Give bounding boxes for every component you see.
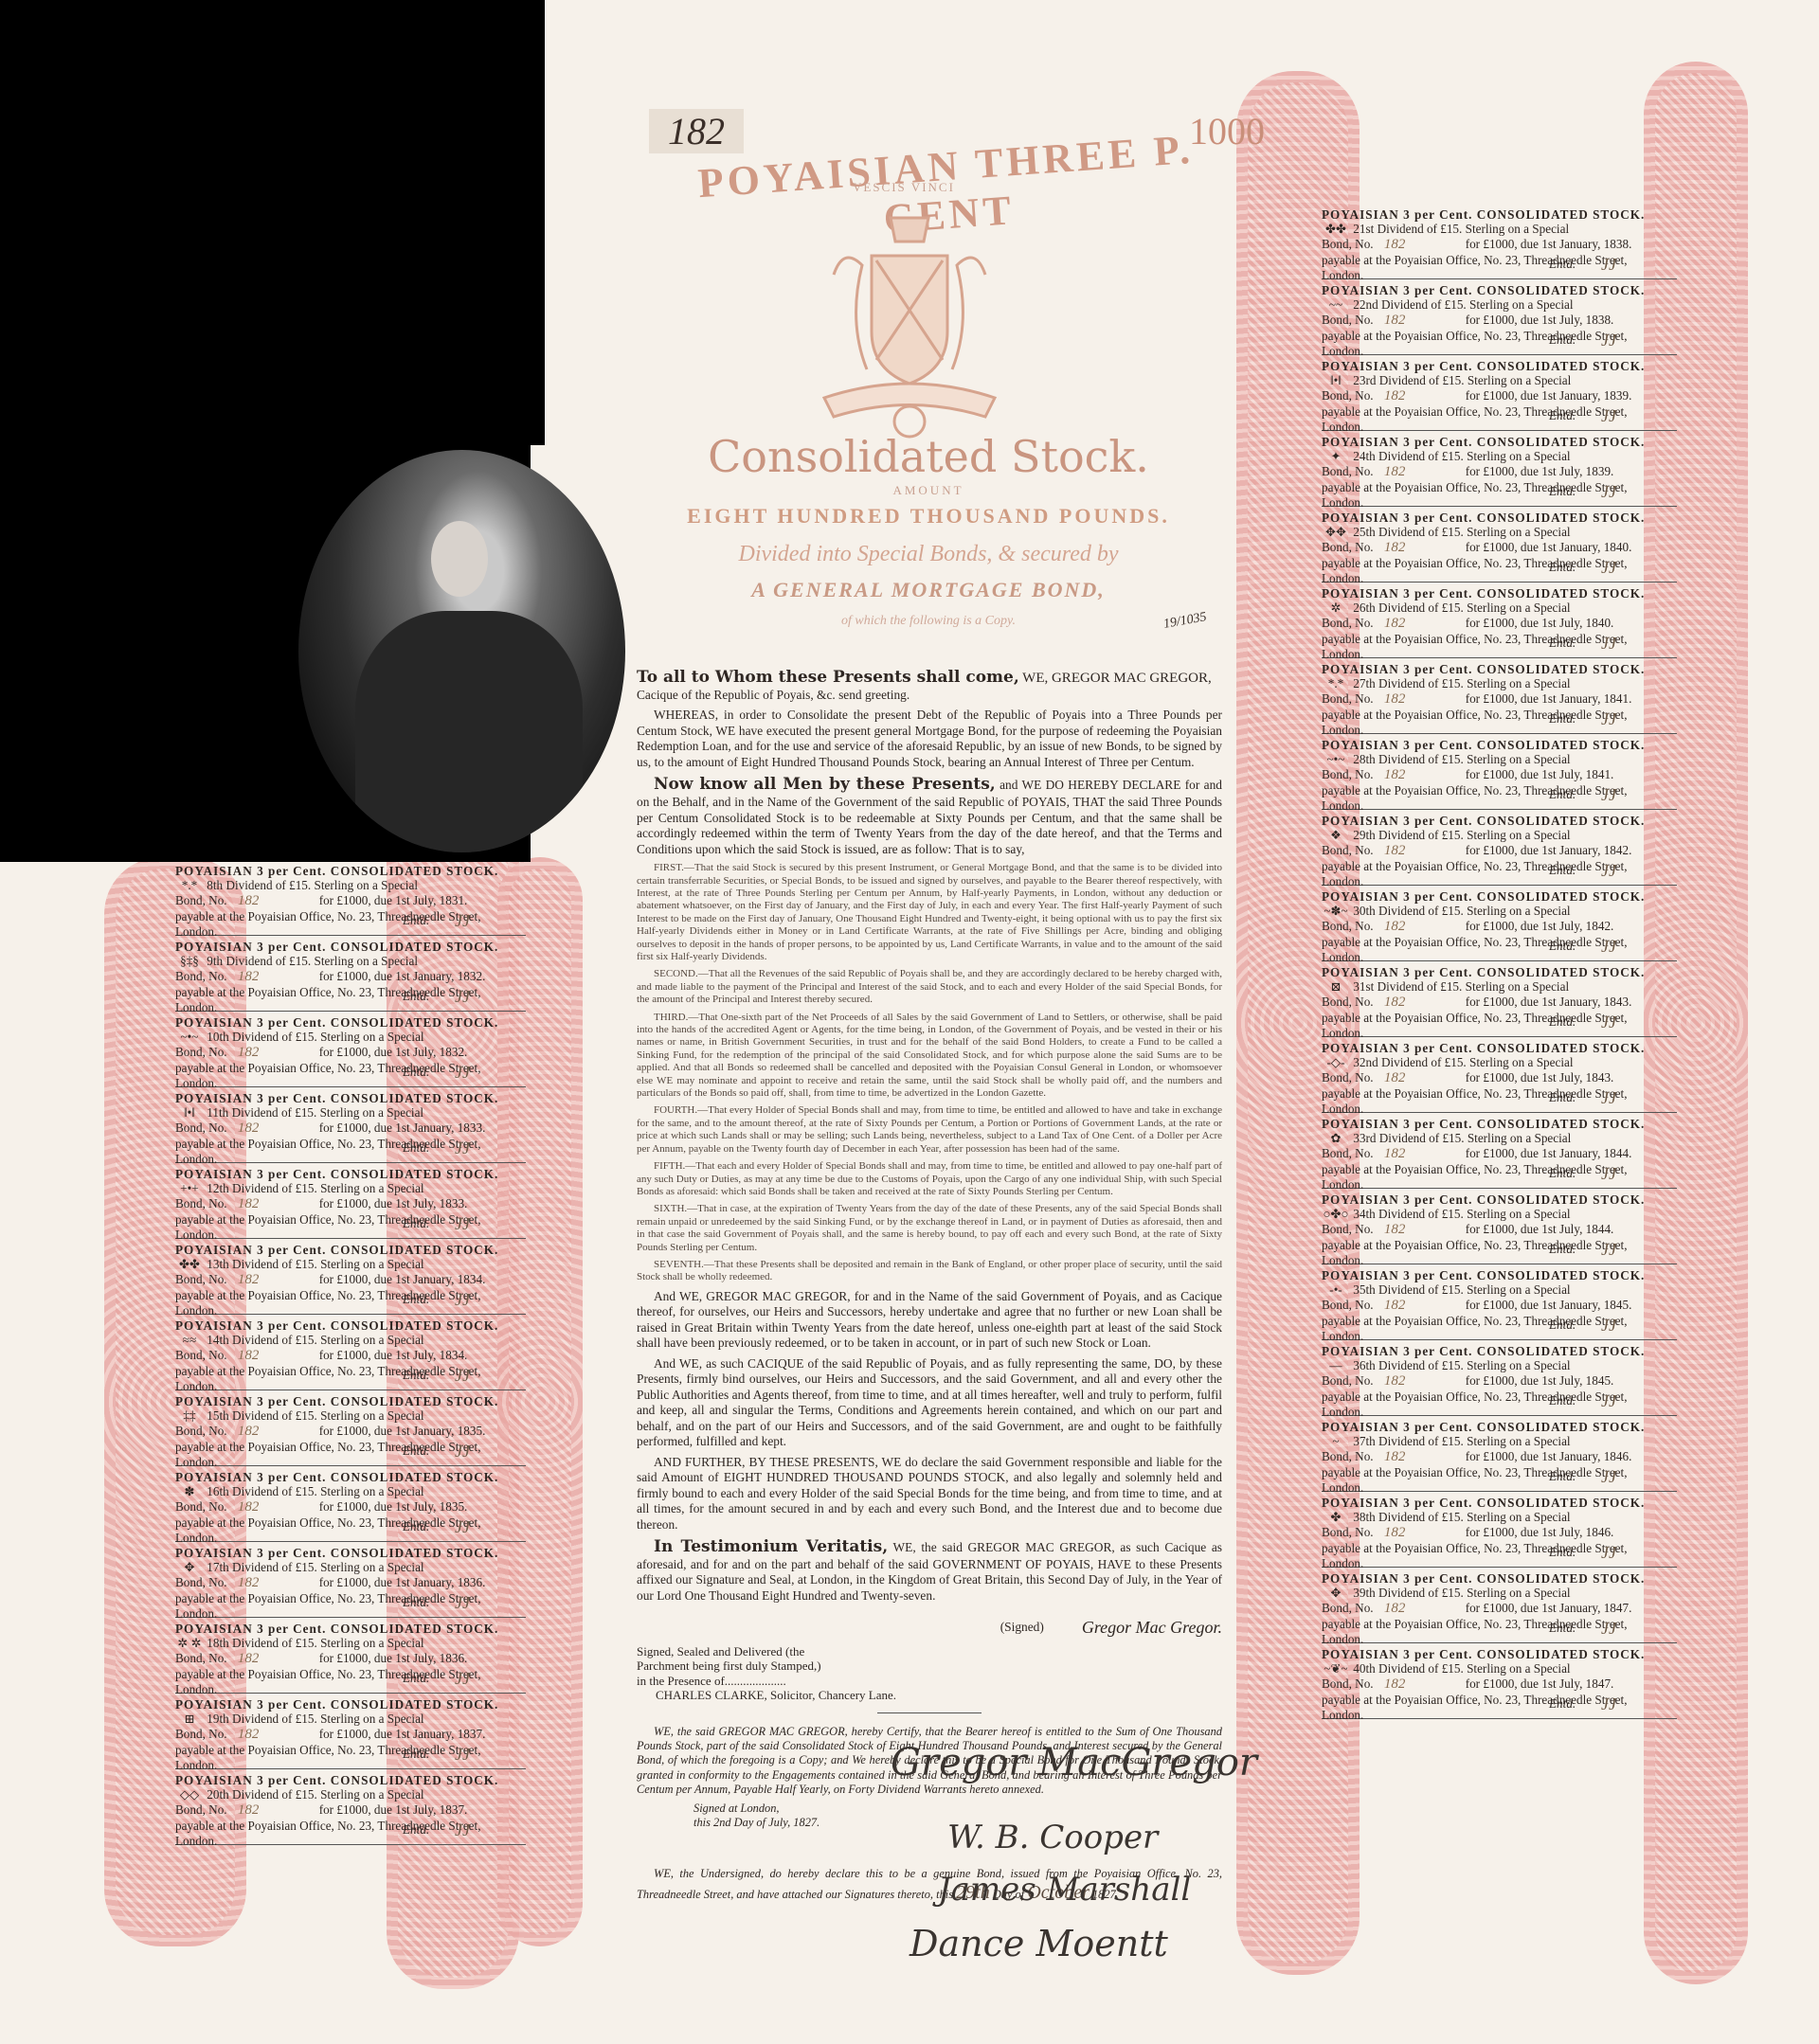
coupon-payable: payable at the Poyaisian Office, No. 23,… bbox=[1322, 1314, 1677, 1328]
coupon-payable: payable at the Poyaisian Office, No. 23,… bbox=[1322, 480, 1677, 494]
ornament-icon: ~•~ bbox=[1322, 752, 1350, 766]
coat-of-arms-icon bbox=[815, 199, 1004, 445]
coupon-amount: Dividend of £15. Sterling on a Special bbox=[1378, 979, 1570, 994]
coupon-for-text: for £1000, due bbox=[319, 1045, 392, 1059]
coupon-bond-number: 182 bbox=[238, 1424, 260, 1439]
coupon-header: POYAISIAN 3 per Cent. CONSOLIDATED STOCK… bbox=[1322, 207, 1677, 222]
coupon-line-2: Bond, No. 182 for £1000, due 1st January… bbox=[175, 969, 526, 986]
coupon-payable: payable at the Poyaisian Office, No. 23,… bbox=[175, 985, 526, 999]
coupon-entd: Entd. bbox=[1549, 636, 1576, 650]
coupon-bond-label: Bond, No. bbox=[1322, 388, 1374, 403]
coupon-due-date: 1st July, 1837. bbox=[395, 1802, 467, 1817]
coupon-bond-label: Bond, No. bbox=[1322, 237, 1374, 251]
coupon-for-text: for £1000, due bbox=[319, 1575, 392, 1589]
coupon-column-right: POYAISIAN 3 per Cent. CONSOLIDATED STOCK… bbox=[1322, 204, 1677, 1719]
coupon-payable: payable at the Poyaisian Office, No. 23,… bbox=[1322, 1541, 1677, 1555]
coupon-payable: payable at the Poyaisian Office, No. 23,… bbox=[1322, 1086, 1677, 1101]
coupon-bond-label: Bond, No. bbox=[175, 1424, 227, 1438]
coupon-bond-label: Bond, No. bbox=[175, 1802, 227, 1817]
coupon-line-2: Bond, No. 182 for £1000, due 1st January… bbox=[175, 1575, 526, 1592]
coupon-due-date: 1st July, 1835. bbox=[395, 1499, 467, 1514]
coupon-bond-label: Bond, No. bbox=[175, 969, 227, 983]
coupon-amount: Dividend of £15. Sterling on a Special bbox=[1378, 1510, 1571, 1524]
coupon-amount: Dividend of £15. Sterling on a Special bbox=[1378, 449, 1571, 463]
dividend-coupon: POYAISIAN 3 per Cent. CONSOLIDATED STOCK… bbox=[1322, 961, 1677, 1037]
coupon-bond-number: 182 bbox=[1384, 995, 1406, 1010]
ornament-icon: ≈≈ bbox=[175, 1333, 204, 1347]
portrait-gregor-macgregor bbox=[298, 450, 625, 852]
coupon-bond-label: Bond, No. bbox=[175, 893, 227, 907]
coupon-initials: JJ bbox=[455, 1669, 470, 1689]
coupon-payable: payable at the Poyaisian Office, No. 23,… bbox=[1322, 556, 1677, 570]
coupon-bond-number: 182 bbox=[238, 1348, 260, 1363]
coupon-due-date: 1st January, 1847. bbox=[1541, 1601, 1631, 1615]
coupon-initials: JJ bbox=[455, 1214, 470, 1234]
coupon-amount: Dividend of £15. Sterling on a Special bbox=[1378, 904, 1571, 918]
coupon-bond-number: 182 bbox=[1384, 767, 1406, 782]
coupon-ordinal: 9th bbox=[207, 954, 223, 968]
coupon-for-text: for £1000, due bbox=[1466, 1146, 1539, 1160]
coupon-amount: Dividend of £15. Sterling on a Special bbox=[232, 1787, 424, 1802]
coupon-line-1: ~•~ 10th Dividend of £15. Sterling on a … bbox=[175, 1030, 526, 1044]
clause-fifth: FIFTH.—That each and every Holder of Spe… bbox=[637, 1160, 1222, 1198]
coupon-for-text: for £1000, due bbox=[1466, 1676, 1539, 1691]
coupon-ordinal: 23rd bbox=[1353, 373, 1376, 387]
coupon-initials: JJ bbox=[1601, 558, 1616, 578]
coupon-entd: Entd. bbox=[1549, 257, 1576, 271]
coupon-amount: Dividend of £15. Sterling on a Special bbox=[232, 1636, 424, 1650]
coupon-header: POYAISIAN 3 per Cent. CONSOLIDATED STOCK… bbox=[1322, 1117, 1677, 1131]
coupon-bond-label: Bond, No. bbox=[1322, 1070, 1374, 1085]
coupon-ordinal: 29th bbox=[1353, 828, 1375, 842]
coupon-initials: JJ bbox=[1601, 1240, 1616, 1260]
coupon-line-2: Bond, No. 182 for £1000, due 1st January… bbox=[175, 1727, 526, 1744]
dividend-coupon: POYAISIAN 3 per Cent. CONSOLIDATED STOCK… bbox=[1322, 1568, 1677, 1643]
coupon-amount: Dividend of £15. Sterling on a Special bbox=[232, 1257, 424, 1271]
coupon-bond-number: 182 bbox=[1384, 919, 1406, 934]
dividend-coupon: POYAISIAN 3 per Cent. CONSOLIDATED STOCK… bbox=[1322, 1492, 1677, 1568]
bond-body: To all to Whom these Presents shall come… bbox=[637, 668, 1222, 1909]
coupon-column-left: POYAISIAN 3 per Cent. CONSOLIDATED STOCK… bbox=[175, 860, 526, 1845]
ornament-icon: -◇- bbox=[1322, 1055, 1350, 1069]
coupon-line-1: ~~ 22nd Dividend of £15. Sterling on a S… bbox=[1322, 297, 1677, 312]
coupon-ordinal: 8th bbox=[207, 878, 223, 892]
coupon-entd: Entd. bbox=[1549, 560, 1576, 574]
coupon-bond-label: Bond, No. bbox=[175, 1121, 227, 1135]
now-know-blackletter: Now know all Men by these Presents, bbox=[654, 775, 996, 794]
coupon-ordinal: 24th bbox=[1353, 449, 1375, 463]
ornament-icon: ✤✤ bbox=[175, 1257, 204, 1271]
coupon-initials: JJ bbox=[455, 1593, 470, 1613]
coupon-bond-label: Bond, No. bbox=[1322, 1601, 1374, 1615]
coupon-line-2: Bond, No. 182 for £1000, due 1st July, 1… bbox=[175, 1196, 526, 1213]
coupon-line-1: ≈≈ 14th Dividend of £15. Sterling on a S… bbox=[175, 1333, 526, 1347]
coupon-ordinal: 40th bbox=[1353, 1661, 1375, 1676]
coupon-bond-label: Bond, No. bbox=[1322, 1298, 1374, 1312]
coupon-header: POYAISIAN 3 per Cent. CONSOLIDATED STOCK… bbox=[1322, 814, 1677, 828]
coupon-line-1: *.* 27th Dividend of £15. Sterling on a … bbox=[1322, 676, 1677, 690]
coupon-initials: JJ bbox=[455, 1063, 470, 1083]
ornament-icon: ⊠ bbox=[1322, 979, 1350, 994]
coupon-line-1: ‡‡ 15th Dividend of £15. Sterling on a S… bbox=[175, 1408, 526, 1423]
coupon-header: POYAISIAN 3 per Cent. CONSOLIDATED STOCK… bbox=[175, 864, 526, 878]
witness-line: in the Presence of.................... bbox=[637, 1674, 1222, 1689]
coupon-line-2: Bond, No. 182 for £1000, due 1st January… bbox=[1322, 1601, 1677, 1618]
dividend-coupon: POYAISIAN 3 per Cent. CONSOLIDATED STOCK… bbox=[1322, 583, 1677, 658]
coupon-bond-number: 182 bbox=[1384, 843, 1406, 858]
coupon-bond-number: 182 bbox=[238, 1651, 260, 1666]
coupon-initials: JJ bbox=[1601, 785, 1616, 805]
dividend-coupon: POYAISIAN 3 per Cent. CONSOLIDATED STOCK… bbox=[1322, 1340, 1677, 1416]
coupon-for-text: for £1000, due bbox=[1466, 540, 1539, 554]
coupon-line-2: Bond, No. 182 for £1000, due 1st July, 1… bbox=[175, 1651, 526, 1668]
coupon-bond-number: 182 bbox=[238, 1196, 260, 1211]
coupon-for-text: for £1000, due bbox=[1466, 1070, 1539, 1085]
coupon-due-date: 1st July, 1840. bbox=[1541, 616, 1613, 630]
divider bbox=[877, 1712, 982, 1713]
coupon-amount: Dividend of £15. Sterling on a Special bbox=[232, 1408, 424, 1423]
copy-line: of which the following is a Copy. bbox=[606, 614, 1251, 629]
coupon-payable: payable at the Poyaisian Office, No. 23,… bbox=[1322, 1617, 1677, 1631]
coupon-due-date: 1st January, 1835. bbox=[395, 1424, 485, 1438]
salutation-line2: Cacique of the Republic of Poyais, &c. s… bbox=[637, 688, 909, 702]
coupon-ordinal: 14th bbox=[207, 1333, 228, 1347]
and-further-paragraph: AND FURTHER, BY THESE PRESENTS, WE do de… bbox=[637, 1455, 1222, 1533]
coupon-for-text: for £1000, due bbox=[319, 1802, 392, 1817]
dividend-coupon: POYAISIAN 3 per Cent. CONSOLIDATED STOCK… bbox=[1322, 658, 1677, 734]
coupon-amount: Dividend of £15. Sterling on a Special bbox=[232, 1484, 424, 1498]
coupon-entd: Entd. bbox=[1549, 1318, 1576, 1332]
dividend-coupon: POYAISIAN 3 per Cent. CONSOLIDATED STOCK… bbox=[1322, 507, 1677, 583]
ornament-icon: ⊞ bbox=[175, 1712, 204, 1726]
coupon-bond-label: Bond, No. bbox=[1322, 616, 1374, 630]
dividend-coupon: POYAISIAN 3 per Cent. CONSOLIDATED STOCK… bbox=[175, 1012, 526, 1087]
consolidated-stock-heading: Consolidated Stock. bbox=[606, 431, 1251, 482]
amount-text: EIGHT HUNDRED THOUSAND POUNDS. bbox=[606, 504, 1251, 529]
coupon-bond-number: 182 bbox=[238, 893, 260, 908]
ornament-icon: *.* bbox=[1322, 676, 1350, 690]
coupon-bond-label: Bond, No. bbox=[175, 1196, 227, 1210]
coupon-line-2: Bond, No. 182 for £1000, due 1st January… bbox=[1322, 1298, 1677, 1315]
coupon-line-2: Bond, No. 182 for £1000, due 1st July, 1… bbox=[1322, 919, 1677, 936]
coupon-ordinal: 25th bbox=[1353, 525, 1375, 539]
ornament-icon: ✲ bbox=[1322, 601, 1350, 615]
coupon-bond-number: 182 bbox=[1384, 388, 1406, 403]
coupon-bond-label: Bond, No. bbox=[1322, 995, 1374, 1009]
coupon-entd: Entd. bbox=[1549, 408, 1576, 422]
dividend-coupon: POYAISIAN 3 per Cent. CONSOLIDATED STOCK… bbox=[175, 1087, 526, 1163]
coupon-initials: JJ bbox=[1601, 255, 1616, 275]
coupon-for-text: for £1000, due bbox=[319, 1424, 392, 1438]
coupon-line-2: Bond, No. 182 for £1000, due 1st January… bbox=[175, 1272, 526, 1289]
coupon-line-2: Bond, No. 182 for £1000, due 1st July, 1… bbox=[1322, 464, 1677, 481]
coupon-bond-label: Bond, No. bbox=[1322, 313, 1374, 327]
coupon-bond-label: Bond, No. bbox=[175, 1727, 227, 1741]
coupon-ordinal: 15th bbox=[207, 1408, 228, 1423]
coupon-due-date: 1st July, 1832. bbox=[395, 1045, 467, 1059]
coupon-bond-number: 182 bbox=[238, 1575, 260, 1590]
coupon-payable: payable at the Poyaisian Office, No. 23,… bbox=[175, 1137, 526, 1151]
coupon-due-date: 1st January, 1837. bbox=[395, 1727, 485, 1741]
dividend-coupon: POYAISIAN 3 per Cent. CONSOLIDATED STOCK… bbox=[175, 860, 526, 936]
coupon-line-2: Bond, No. 182 for £1000, due 1st January… bbox=[175, 1121, 526, 1138]
ornament-icon: ✥ bbox=[175, 1560, 204, 1574]
coupon-payable: payable at the Poyaisian Office, No. 23,… bbox=[175, 1288, 526, 1302]
coupon-payable: payable at the Poyaisian Office, No. 23,… bbox=[1322, 783, 1677, 798]
coupon-initials: JJ bbox=[1601, 1694, 1616, 1714]
coupon-bond-number: 182 bbox=[1384, 1373, 1406, 1389]
coupon-line-2: Bond, No. 182 for £1000, due 1st July, 1… bbox=[175, 893, 526, 910]
coupon-bond-number: 182 bbox=[1384, 313, 1406, 328]
coupon-initials: JJ bbox=[1601, 482, 1616, 502]
dividend-coupon: POYAISIAN 3 per Cent. CONSOLIDATED STOCK… bbox=[175, 1618, 526, 1694]
dividend-coupon: POYAISIAN 3 per Cent. CONSOLIDATED STOCK… bbox=[1322, 279, 1677, 355]
witness-line: Signed, Sealed and Delivered (the bbox=[637, 1644, 1222, 1659]
coupon-bond-label: Bond, No. bbox=[175, 1575, 227, 1589]
coupon-for-text: for £1000, due bbox=[1466, 388, 1539, 403]
coupon-due-date: 1st January, 1846. bbox=[1541, 1449, 1631, 1463]
coupon-line-1: — 36th Dividend of £15. Sterling on a Sp… bbox=[1322, 1358, 1677, 1372]
dividend-coupon: POYAISIAN 3 per Cent. CONSOLIDATED STOCK… bbox=[1322, 886, 1677, 961]
coupon-bond-number: 182 bbox=[1384, 1449, 1406, 1464]
coupon-due-date: 1st January, 1834. bbox=[395, 1272, 485, 1286]
coupon-bond-number: 182 bbox=[238, 1802, 260, 1818]
coupon-payable: payable at the Poyaisian Office, No. 23,… bbox=[1322, 708, 1677, 722]
coupon-entd: Entd. bbox=[1549, 787, 1576, 801]
coupon-initials: JJ bbox=[1601, 861, 1616, 881]
coupon-for-text: for £1000, due bbox=[1466, 1601, 1539, 1615]
coupon-line-1: ❖ 29th Dividend of £15. Sterling on a Sp… bbox=[1322, 828, 1677, 842]
coupon-payable: payable at the Poyaisian Office, No. 23,… bbox=[1322, 1011, 1677, 1025]
coupon-ordinal: 36th bbox=[1353, 1358, 1375, 1372]
coupon-bond-label: Bond, No. bbox=[175, 1499, 227, 1514]
coupon-ordinal: 20th bbox=[207, 1787, 228, 1802]
signature-cooper: W. B. Cooper bbox=[947, 1819, 1158, 1856]
coupon-header: POYAISIAN 3 per Cent. CONSOLIDATED STOCK… bbox=[175, 1243, 526, 1257]
coupon-amount: Dividend of £15. Sterling on a Special bbox=[232, 1560, 424, 1574]
coupon-line-1: ✦ 24th Dividend of £15. Sterling on a Sp… bbox=[1322, 449, 1677, 463]
coupon-for-text: for £1000, due bbox=[1466, 995, 1539, 1009]
coupon-amount: Dividend of £15. Sterling on a Special bbox=[1378, 1661, 1571, 1676]
coupon-bond-number: 182 bbox=[1384, 1525, 1406, 1540]
coupon-bond-number: 182 bbox=[238, 1727, 260, 1742]
coupon-line-1: ‖•‖ 23rd Dividend of £15. Sterling on a … bbox=[1322, 373, 1677, 387]
coupon-initials: JJ bbox=[455, 1139, 470, 1158]
coupon-for-text: for £1000, due bbox=[319, 1272, 392, 1286]
coupon-header: POYAISIAN 3 per Cent. CONSOLIDATED STOCK… bbox=[1322, 359, 1677, 373]
coupon-payable: payable at the Poyaisian Office, No. 23,… bbox=[175, 1364, 526, 1378]
coupon-amount: Dividend of £15. Sterling on a Special bbox=[232, 1181, 424, 1195]
coupon-line-2: Bond, No. 182 for £1000, due 1st July, 1… bbox=[1322, 1070, 1677, 1087]
dividend-coupon: POYAISIAN 3 per Cent. CONSOLIDATED STOCK… bbox=[1322, 734, 1677, 810]
coupon-line-1: ~✽~ 30th Dividend of £15. Sterling on a … bbox=[1322, 904, 1677, 918]
coupon-bond-number: 182 bbox=[1384, 1601, 1406, 1616]
ornament-icon: ‖•‖ bbox=[175, 1105, 204, 1120]
coupon-bond-number: 182 bbox=[238, 1121, 260, 1136]
coupon-amount: Dividend of £15. Sterling on a Special bbox=[232, 1030, 424, 1044]
coupon-due-date: 1st January, 1839. bbox=[1541, 388, 1631, 403]
ornament-icon: ✦ bbox=[1322, 449, 1350, 463]
coupon-line-1: ✥ 17th Dividend of £15. Sterling on a Sp… bbox=[175, 1560, 526, 1574]
coupon-header: POYAISIAN 3 per Cent. CONSOLIDATED STOCK… bbox=[175, 1773, 526, 1787]
coupon-bond-label: Bond, No. bbox=[175, 1045, 227, 1059]
coupon-bond-label: Bond, No. bbox=[1322, 919, 1374, 933]
coupon-line-1: ○✤○ 34th Dividend of £15. Sterling on a … bbox=[1322, 1207, 1677, 1221]
coupon-ordinal: 11th bbox=[207, 1105, 228, 1120]
coupon-payable: payable at the Poyaisian Office, No. 23,… bbox=[1322, 632, 1677, 646]
dividend-coupon: POYAISIAN 3 per Cent. CONSOLIDATED STOCK… bbox=[1322, 355, 1677, 431]
coupon-line-1: ◇◇ 20th Dividend of £15. Sterling on a S… bbox=[175, 1787, 526, 1802]
dividend-coupon: POYAISIAN 3 per Cent. CONSOLIDATED STOCK… bbox=[175, 1315, 526, 1390]
coupon-bond-number: 182 bbox=[1384, 1146, 1406, 1161]
portrait-coat bbox=[355, 611, 583, 852]
coupon-entd: Entd. bbox=[403, 1671, 429, 1685]
coupon-line-2: Bond, No. 182 for £1000, due 1st July, 1… bbox=[1322, 1222, 1677, 1239]
coupon-line-1: ~•~ 28th Dividend of £15. Sterling on a … bbox=[1322, 752, 1677, 766]
coupon-ordinal: 13th bbox=[207, 1257, 228, 1271]
coupon-line-2: Bond, No. 182 for £1000, due 1st January… bbox=[175, 1424, 526, 1441]
coupon-bond-label: Bond, No. bbox=[1322, 1676, 1374, 1691]
coupon-header: POYAISIAN 3 per Cent. CONSOLIDATED STOCK… bbox=[1322, 662, 1677, 676]
coupon-line-1: ✤✤ 21st Dividend of £15. Sterling on a S… bbox=[1322, 222, 1677, 236]
ornament-icon: ~ bbox=[1322, 1434, 1350, 1448]
coupon-line-2: Bond, No. 182 for £1000, due 1st January… bbox=[1322, 540, 1677, 557]
coupon-amount: Dividend of £15. Sterling on a Special bbox=[225, 878, 418, 892]
clause-fourth: FOURTH.—That every Holder of Special Bon… bbox=[637, 1104, 1222, 1156]
coupon-due-date: 1st January, 1836. bbox=[395, 1575, 485, 1589]
coupon-due-date: 1st January, 1832. bbox=[395, 969, 485, 983]
signed-label: (Signed) bbox=[1000, 1620, 1044, 1635]
coupon-bond-number: 182 bbox=[1384, 691, 1406, 707]
coupon-entd: Entd. bbox=[403, 1368, 429, 1382]
coupon-due-date: 1st July, 1836. bbox=[395, 1651, 467, 1665]
coupon-bond-label: Bond, No. bbox=[1322, 767, 1374, 781]
dividend-coupon: POYAISIAN 3 per Cent. CONSOLIDATED STOCK… bbox=[175, 1542, 526, 1618]
coupon-for-text: for £1000, due bbox=[1466, 1373, 1539, 1388]
ornament-icon: ✥ bbox=[1322, 1586, 1350, 1600]
coupon-line-1: -◇- 32nd Dividend of £15. Sterling on a … bbox=[1322, 1055, 1677, 1069]
coupon-for-text: for £1000, due bbox=[1466, 616, 1539, 630]
coupon-entd: Entd. bbox=[403, 1822, 429, 1837]
coupon-ordinal: 30th bbox=[1353, 904, 1375, 918]
coupon-line-2: Bond, No. 182 for £1000, due 1st January… bbox=[1322, 237, 1677, 254]
coupon-header: POYAISIAN 3 per Cent. CONSOLIDATED STOCK… bbox=[1322, 511, 1677, 525]
coupon-bond-number: 182 bbox=[1384, 1298, 1406, 1313]
coupon-initials: JJ bbox=[455, 1366, 470, 1386]
coupon-header: POYAISIAN 3 per Cent. CONSOLIDATED STOCK… bbox=[1322, 738, 1677, 752]
coupon-line-1: ✥✥ 25th Dividend of £15. Sterling on a S… bbox=[1322, 525, 1677, 539]
coupon-amount: Dividend of £15. Sterling on a Special bbox=[1379, 1131, 1572, 1145]
coupon-amount: Dividend of £15. Sterling on a Special bbox=[1378, 601, 1571, 615]
coupon-initials: JJ bbox=[1601, 1543, 1616, 1563]
coupon-due-date: 1st July, 1833. bbox=[395, 1196, 467, 1210]
coupon-line-2: Bond, No. 182 for £1000, due 1st July, 1… bbox=[1322, 313, 1677, 330]
coupon-header: POYAISIAN 3 per Cent. CONSOLIDATED STOCK… bbox=[1322, 1192, 1677, 1207]
coupon-entd: Entd. bbox=[1549, 1393, 1576, 1407]
coupon-amount: Dividend of £15. Sterling on a Special bbox=[232, 1333, 424, 1347]
coupon-initials: JJ bbox=[1601, 634, 1616, 654]
coupon-due-date: 1st July, 1838. bbox=[1541, 313, 1613, 327]
coupon-line-1: +•+ 12th Dividend of £15. Sterling on a … bbox=[175, 1181, 526, 1195]
coupon-initials: JJ bbox=[455, 1820, 470, 1840]
coupon-bond-label: Bond, No. bbox=[1322, 1222, 1374, 1236]
dividend-coupon: POYAISIAN 3 per Cent. CONSOLIDATED STOCK… bbox=[175, 936, 526, 1012]
coupon-entd: Entd. bbox=[1549, 484, 1576, 498]
coupon-bond-number: 182 bbox=[1384, 616, 1406, 631]
coupon-line-1: ✤ 38th Dividend of £15. Sterling on a Sp… bbox=[1322, 1510, 1677, 1524]
coupon-line-1: ⊠ 31st Dividend of £15. Sterling on a Sp… bbox=[1322, 979, 1677, 994]
coupon-payable: payable at the Poyaisian Office, No. 23,… bbox=[175, 1743, 526, 1757]
dividend-coupon: POYAISIAN 3 per Cent. CONSOLIDATED STOCK… bbox=[1322, 204, 1677, 279]
coupon-line-2: Bond, No. 182 for £1000, due 1st July, 1… bbox=[1322, 1676, 1677, 1694]
coupon-header: POYAISIAN 3 per Cent. CONSOLIDATED STOCK… bbox=[1322, 1420, 1677, 1434]
coupon-bond-number: 182 bbox=[1384, 1676, 1406, 1692]
dividend-coupon: POYAISIAN 3 per Cent. CONSOLIDATED STOCK… bbox=[1322, 1416, 1677, 1492]
coupon-bond-number: 182 bbox=[238, 969, 260, 984]
coupon-header: POYAISIAN 3 per Cent. CONSOLIDATED STOCK… bbox=[175, 1546, 526, 1560]
coupon-entd: Entd. bbox=[1549, 332, 1576, 347]
signed-row: (Signed) Gregor Mac Gregor. bbox=[637, 1617, 1222, 1638]
coupon-bond-number: 182 bbox=[238, 1499, 260, 1515]
dividend-coupon: POYAISIAN 3 per Cent. CONSOLIDATED STOCK… bbox=[1322, 431, 1677, 507]
coupon-line-2: Bond, No. 182 for £1000, due 1st July, 1… bbox=[175, 1802, 526, 1820]
coupon-line-2: Bond, No. 182 for £1000, due 1st January… bbox=[1322, 1449, 1677, 1466]
coupon-header: POYAISIAN 3 per Cent. CONSOLIDATED STOCK… bbox=[175, 1318, 526, 1333]
coupon-line-2: Bond, No. 182 for £1000, due 1st July, 1… bbox=[175, 1045, 526, 1062]
coupon-line-2: Bond, No. 182 for £1000, due 1st July, 1… bbox=[1322, 616, 1677, 633]
coupon-header: POYAISIAN 3 per Cent. CONSOLIDATED STOCK… bbox=[175, 1394, 526, 1408]
coupon-for-text: for £1000, due bbox=[1466, 237, 1539, 251]
dividend-coupon: POYAISIAN 3 per Cent. CONSOLIDATED STOCK… bbox=[1322, 1037, 1677, 1113]
coupon-due-date: 1st July, 1834. bbox=[395, 1348, 467, 1362]
coupon-due-date: 1st July, 1847. bbox=[1541, 1676, 1613, 1691]
coupon-line-2: Bond, No. 182 for £1000, due 1st July, 1… bbox=[175, 1499, 526, 1516]
coupon-ordinal: 38th bbox=[1353, 1510, 1375, 1524]
coupon-amount: Dividend of £15. Sterling on a Special bbox=[1378, 525, 1571, 539]
coupon-header: POYAISIAN 3 per Cent. CONSOLIDATED STOCK… bbox=[1322, 965, 1677, 979]
coupon-initials: JJ bbox=[1601, 1164, 1616, 1184]
amount-label: AMOUNT bbox=[606, 483, 1251, 498]
coupon-initials: JJ bbox=[455, 1745, 470, 1765]
clause-sixth: SIXTH.—That in case, at the expiration o… bbox=[637, 1203, 1222, 1254]
coupon-payable: payable at the Poyaisian Office, No. 23,… bbox=[175, 1591, 526, 1605]
coupon-line-1: §‡§ 9th Dividend of £15. Sterling on a S… bbox=[175, 954, 526, 968]
coupon-entd: Entd. bbox=[403, 1140, 429, 1155]
coupon-initials: JJ bbox=[455, 911, 470, 931]
ornament-icon: ‡‡ bbox=[175, 1408, 204, 1423]
portrait-face bbox=[431, 521, 488, 597]
coupon-header: POYAISIAN 3 per Cent. CONSOLIDATED STOCK… bbox=[175, 1167, 526, 1181]
coupon-bond-label: Bond, No. bbox=[1322, 843, 1374, 857]
coupon-entd: Entd. bbox=[1549, 1014, 1576, 1029]
coupon-line-1: ~❦~ 40th Dividend of £15. Sterling on a … bbox=[1322, 1661, 1677, 1676]
signed-name: Gregor Mac Gregor. bbox=[1082, 1617, 1222, 1638]
coupon-header: POYAISIAN 3 per Cent. CONSOLIDATED STOCK… bbox=[1322, 1496, 1677, 1510]
coupon-for-text: for £1000, due bbox=[319, 893, 392, 907]
coupon-ordinal: 37th bbox=[1353, 1434, 1375, 1448]
coupon-entd: Entd. bbox=[1549, 863, 1576, 877]
coupon-entd: Entd. bbox=[1549, 939, 1576, 953]
coupon-ordinal: 27th bbox=[1353, 676, 1375, 690]
coupon-bond-label: Bond, No. bbox=[1322, 464, 1374, 478]
dividend-coupon: POYAISIAN 3 per Cent. CONSOLIDATED STOCK… bbox=[1322, 810, 1677, 886]
coupon-entd: Entd. bbox=[403, 1443, 429, 1458]
coupon-amount: Dividend of £15. Sterling on a Special bbox=[1378, 222, 1570, 236]
witness-line: Parchment being first duly Stamped,) bbox=[637, 1659, 1222, 1674]
ornament-icon: +•+ bbox=[175, 1181, 204, 1195]
coupon-entd: Entd. bbox=[1549, 1545, 1576, 1559]
coupon-due-date: 1st July, 1845. bbox=[1541, 1373, 1613, 1388]
